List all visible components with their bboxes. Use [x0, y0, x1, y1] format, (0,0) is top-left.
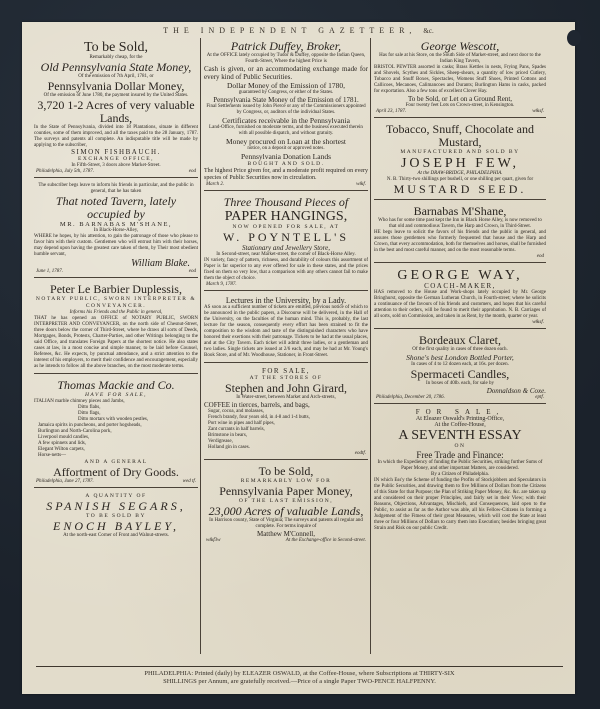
ad-segars: A QUANTITY OF SPANISH SEGARS, TO BE SOLD… — [34, 491, 198, 542]
item-list: Ditto flabs, Ditto flags, Ditto mortars … — [34, 405, 198, 459]
ad-heading: Stephen and John Girard, — [204, 382, 368, 395]
ad-name: Mr. BARNABAS M'SHANE, — [34, 221, 198, 228]
ad-subheading: PAPER HANGINGS, — [204, 209, 368, 224]
column-rule — [200, 38, 201, 654]
ad-subheading: Certificates receivable in the Pennsylva… — [204, 116, 368, 125]
ad-footer: eod — [374, 254, 546, 259]
ad-text: MANUFACTURED AND SOLD BY — [374, 149, 546, 156]
ad-heading: GEORGE WAY, — [374, 268, 546, 283]
ad-poyntell: Three Thousand Pieces of PAPER HANGINGS,… — [204, 194, 368, 291]
ad-footer: eodtf. — [204, 451, 368, 456]
ad-code: w&f. — [356, 182, 366, 187]
ad-subheading: Pennsylvania State Money of the Emission… — [204, 96, 368, 104]
newspaper-page: THE INDEPENDENT GAZETTEER, &c. To be Sol… — [22, 22, 575, 694]
ad-date: Philadelphia, December 20, 1786. — [376, 395, 445, 400]
ad-body: Cash is given, or an accommodating excha… — [204, 65, 368, 81]
ad-way: GEORGE WAY, COACH-MAKER, HAS removed to … — [374, 266, 546, 329]
ad-name: W. POYNTELL's — [204, 231, 368, 244]
ad-code: eod — [537, 254, 544, 259]
ad-subheading: Affortment of Dry Goods. — [34, 466, 198, 479]
ad-body: IN which Ess'y the Scheme of funding the… — [374, 478, 546, 532]
column-1: To be Sold, Remarkably cheap, for the Ol… — [34, 38, 198, 654]
ad-body: In Harrison county, State of Virginia; T… — [204, 518, 368, 530]
ad-essay: FOR SALE, At Eleazer Oswald's Printing-O… — [374, 407, 546, 535]
ad-subheading: 23,000 Acres of valuable Lands, — [204, 505, 368, 518]
ad-text: At the OFFICE lately occupied by Tudor &… — [204, 53, 368, 65]
ad-heading: Lectures in the University, by a Lady. — [204, 296, 368, 305]
ad-heading: Bordeaux Claret, — [374, 334, 546, 347]
ad-few: Tobacco, Snuff, Chocolate and Mustard, M… — [374, 121, 546, 200]
ad-name: SIMON FISHBAUCH. — [34, 149, 198, 156]
ad-text: FOR SALE, — [374, 409, 546, 416]
ad-office: EXCHANGE OFFICE, — [34, 156, 198, 163]
ad-heading: George Wescott, — [374, 40, 546, 53]
ad-address: At the north-east Corner of Front and Wa… — [34, 533, 198, 539]
ad-heading: Barnabas M'Shane, — [374, 205, 546, 218]
ad-code: w&sf. — [532, 109, 544, 114]
ad-footer: Philadelphia, July 5th, 1787.eod — [34, 169, 198, 174]
ad-wescott: George Wescott, Has for sale at his Stor… — [374, 38, 546, 118]
ad-signature: William Blake. — [34, 258, 198, 269]
ad-store: Stationary and Jewellery Store, — [204, 244, 368, 252]
ad-body: HAS removed to the House and Work-shops … — [374, 290, 546, 320]
ad-heading: That noted Tavern, lately occupied by — [34, 195, 198, 221]
column-2: Patrick Duffey, Broker, At the OFFICE la… — [204, 38, 368, 654]
ad-fishbauch: To be Sold, Remarkably cheap, for the Ol… — [34, 38, 198, 178]
masthead-title: THE INDEPENDENT GAZETTEER, — [163, 26, 416, 35]
ad-subheading: Old Pennsylvania State Money, — [34, 61, 198, 74]
ad-heading: Thomas Mackie and Co. — [34, 379, 198, 392]
ad-body: AS soon as a sufficient number of ticket… — [204, 305, 368, 359]
ad-subheading: MUSTARD SEED. — [374, 183, 546, 196]
ad-subheading: Spermaceti Candles, — [374, 368, 546, 381]
ad-text: Has for sale at his Store, on the South … — [374, 53, 546, 65]
ad-tavern: The subscriber begs leave to inform his … — [34, 181, 198, 278]
ad-body: HE begs leave to solicit the favors of h… — [374, 230, 546, 254]
ad-date: March 9, 1787. — [206, 282, 237, 287]
ad-mackie: Thomas Mackie and Co. HAVE FOR SALE, ITA… — [34, 377, 198, 488]
ad-claret: Bordeaux Claret, Of the first quality in… — [374, 332, 546, 404]
ad-subheading: COACH-MAKER, — [374, 283, 546, 290]
ad-duplessis: Peter Le Barbier Duplessis, Notary Publi… — [34, 281, 198, 374]
ad-heading: Peter Le Barbier Duplessis, — [34, 283, 198, 296]
ad-code: eod — [189, 269, 196, 274]
ad-subheading: Pennsylvania Donation Lands — [204, 152, 368, 161]
ad-girard: FOR SALE, AT THE STORES OF Stephen and J… — [204, 366, 368, 460]
ad-address: At the Exchange-office in Second-street. — [286, 538, 366, 543]
ad-date: March 2. — [206, 182, 224, 187]
ad-text: Who has for some time past kept the Inn … — [374, 218, 546, 230]
ad-code: eod — [189, 169, 196, 174]
ad-heading: Patrick Duffey, Broker, — [204, 40, 368, 53]
ad-footer: Philadelphia, June 27, 1787.wed tf. — [34, 479, 198, 484]
item-list: Sugar, cocoa, and molasses, French brand… — [204, 409, 368, 451]
ad-subheading: Pennsylvania Paper Money, — [204, 485, 368, 498]
ad-subheading: 3,720 1-2 Acres of very valuable Lands, — [34, 99, 198, 125]
imprint-line: PHILADELPHIA: Printed (daily) by ELEAZER… — [36, 670, 563, 678]
ad-code: eodtf. — [355, 451, 366, 456]
ad-subheading: Dollar Money of the Emission of 1780, — [204, 81, 368, 90]
ad-duffey: Patrick Duffey, Broker, At the OFFICE la… — [204, 38, 368, 191]
ad-body: THAT he has opened an OFFICE of NOTARY P… — [34, 316, 198, 370]
ad-heading: A SEVENTH ESSAY — [374, 428, 546, 443]
ad-date: June 1, 1787. — [36, 269, 63, 274]
ad-name: Matthew M'Connell, — [204, 530, 368, 538]
ad-subheading: Pennsylvania Dollar Money, — [34, 80, 198, 93]
ad-text: In which the Expediency of funding the P… — [374, 460, 546, 472]
ad-date: Philadelphia, June 27, 1787. — [36, 479, 94, 484]
ad-subheading: HAVE FOR SALE, — [34, 392, 198, 399]
ad-subheading: Free Trade and Finance: — [374, 450, 546, 460]
ad-lectures: Lectures in the University, by a Lady. A… — [204, 294, 368, 363]
ad-code: wed tf. — [183, 479, 196, 484]
ad-text: ON — [374, 443, 546, 450]
ad-date: Philadelphia, July 5th, 1787. — [36, 169, 94, 174]
masthead: THE INDEPENDENT GAZETTEER, &c. — [22, 26, 575, 35]
ad-body: BRISTOL PEWTER assorted in casks; Brass … — [374, 65, 546, 95]
ad-name: ENOCH BAYLEY, — [34, 520, 198, 533]
ad-footer: March 9, 1787. — [204, 282, 368, 287]
ad-code: eptf. — [535, 395, 544, 400]
ad-date: April 23, 1787. — [376, 109, 406, 114]
ad-subheading: Money procured on Loan at the shortest — [204, 137, 368, 146]
ad-heading: SPANISH SEGARS, — [34, 500, 198, 513]
ad-footer: w&f3wAt the Exchange-office in Second-st… — [204, 538, 368, 543]
ad-name: Donnaldson & Coxe. — [374, 387, 546, 395]
ad-footer: June 1, 1787.eod — [34, 269, 198, 274]
ad-footer: March 2.w&f. — [204, 182, 368, 187]
column-rule — [370, 38, 371, 654]
ad-text: Final Settlements issued by John Pierce … — [204, 104, 368, 116]
ad-body: In the State of Pennsylvania, divided in… — [34, 125, 198, 149]
ad-subheading: Shone's best London Bottled Porter, — [374, 353, 546, 362]
ad-mcconnell: To be Sold, REMARKABLY LOW FOR Pennsylva… — [204, 463, 368, 546]
ad-title: Notary Public, Sworn Interpreter & Conve… — [34, 296, 198, 310]
ad-body: The highest Price given for, and a moder… — [204, 168, 368, 182]
ad-heading: To be Sold, — [34, 40, 198, 55]
ad-body: IN variety, fancy of pattern, richness, … — [204, 258, 368, 282]
ad-mshane: Barnabas M'Shane, Who has for some time … — [374, 203, 546, 263]
ad-footer: April 23, 1787.w&sf. — [374, 109, 546, 114]
ad-body: WHERE he hopes, by his attention, to gai… — [34, 234, 198, 258]
ad-footer: w&sf. — [374, 320, 546, 325]
ad-body: COFFEE in tierces, barrels, and bags, — [204, 401, 368, 409]
ad-text: FOR SALE, — [204, 368, 368, 375]
ad-text: BOUGHT and SOLD. — [204, 161, 368, 168]
ad-heading: To be Sold, — [204, 465, 368, 478]
ad-subheading: To be Sold, or Let on a Ground Rent, — [374, 95, 546, 103]
ad-name: JOSEPH FEW, — [374, 156, 546, 171]
ad-heading: Tobacco, Snuff, Chocolate and Mustard, — [374, 123, 546, 149]
ad-text: Land-Office, furnished on moderate terms… — [204, 125, 368, 137]
ad-code: w&sf. — [532, 320, 544, 325]
column-3: George Wescott, Has for sale at his Stor… — [374, 38, 546, 654]
ad-heading: Three Thousand Pieces of — [204, 196, 368, 209]
ad-footer: Philadelphia, December 20, 1786.eptf. — [374, 395, 546, 400]
imprint-line: SHILLINGS per Annum, are gratefully rece… — [36, 678, 563, 686]
imprint-footer: PHILADELPHIA: Printed (daily) by ELEAZER… — [36, 666, 563, 686]
masthead-suffix: &c. — [423, 27, 433, 35]
ad-code: w&f3w — [206, 538, 220, 543]
